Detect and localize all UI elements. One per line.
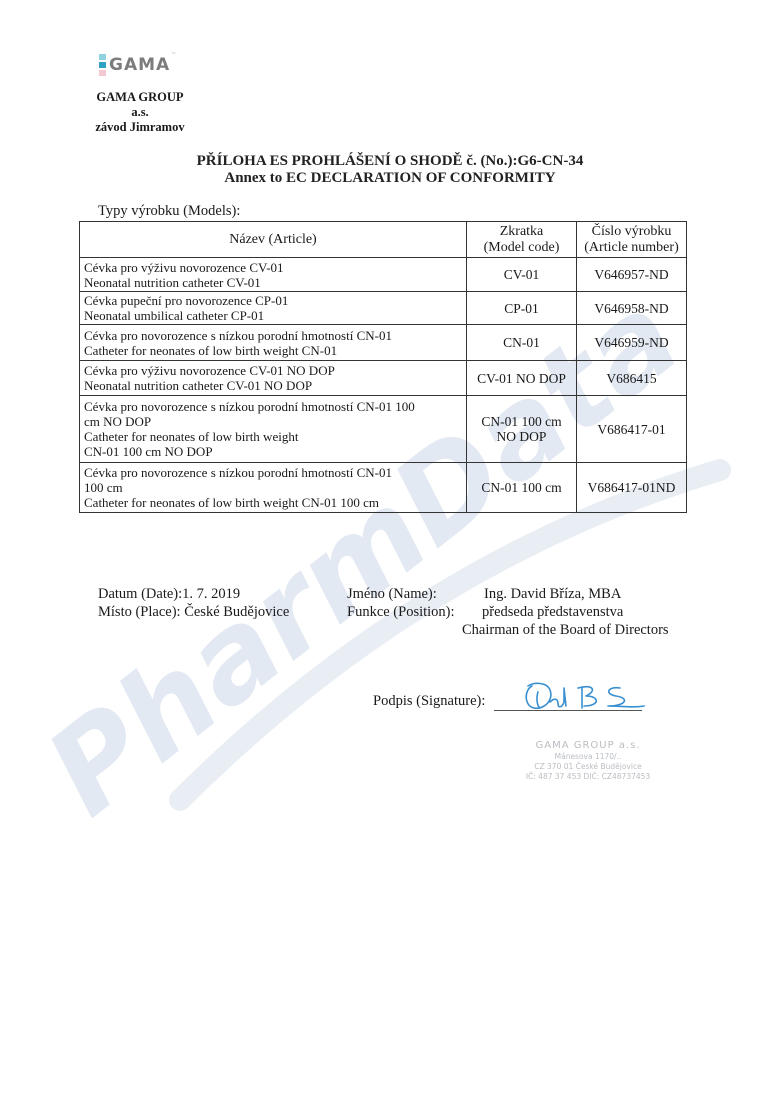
title-line-cz: PŘÍLOHA ES PROHLÁŠENÍ O SHODĚ č. (No.):G… [130, 153, 650, 170]
table-row: Cévka pro výživu novorozence CV-01Neonat… [80, 258, 687, 292]
date-label: Datum (Date): [98, 586, 182, 602]
article-number: V686417-01ND [577, 463, 687, 513]
article-name-line: Cévka pro výživu novorozence CV-01 NO DO… [84, 363, 462, 378]
name-label: Jméno (Name): [347, 585, 437, 603]
header-name: Název (Article) [80, 222, 467, 258]
title-line-en: Annex to EC DECLARATION OF CONFORMITY [130, 170, 650, 187]
header-number: Číslo výrobku (Article number) [577, 222, 687, 258]
document-title: PŘÍLOHA ES PROHLÁŠENÍ O SHODĚ č. (No.):G… [130, 153, 650, 187]
models-label: Typy výrobku (Models): [98, 203, 240, 220]
model-code-line: CP-01 [471, 301, 572, 316]
company-stamp: GAMA GROUP a.s. Mánesova 1170/.. CZ 370 … [508, 740, 668, 782]
article-name-line: Neonatal umbilical catheter CP-01 [84, 308, 462, 323]
model-code: CN-01 [467, 325, 577, 361]
place-field: Místo (Place): České Budějovice [98, 603, 289, 621]
article-name-line: Catheter for neonates of low birth weigh… [84, 495, 462, 510]
logo-text: GAMA [109, 55, 170, 75]
article-name-line: 100 cm [84, 480, 462, 495]
article-name-line: Cévka pro novorozence s nízkou porodní h… [84, 465, 462, 480]
model-code-line: CN-01 [471, 335, 572, 350]
logo-squares-icon [99, 54, 106, 76]
model-code: CP-01 [467, 292, 577, 325]
logo-square [99, 62, 106, 68]
article-name-line: Cévka pro výživu novorozence CV-01 [84, 260, 462, 275]
position-value-en: Chairman of the Board of Directors [462, 621, 669, 639]
logo-trademark: ™ [171, 52, 176, 58]
signature-label: Podpis (Signature): [373, 693, 485, 710]
model-code-line: NO DOP [471, 429, 572, 444]
stamp-line-1: GAMA GROUP a.s. [508, 740, 668, 752]
article-name-line: Neonatal nutrition catheter CV-01 NO DOP [84, 378, 462, 393]
handwritten-signature [520, 676, 660, 716]
place-value: České Budějovice [184, 604, 289, 620]
header-code-en: (Model code) [471, 240, 572, 256]
date-field: Datum (Date):1. 7. 2019 [98, 585, 240, 603]
article-name: Cévka pro novorozence s nízkou porodní h… [80, 396, 467, 463]
position-value-cz: předseda představenstva [482, 603, 623, 621]
company-block: GAMA GROUP a.s. závod Jimramov [80, 90, 200, 135]
stamp-line-2: Mánesova 1170/.. [508, 752, 668, 762]
table-header-row: Název (Article) Zkratka (Model code) Čís… [80, 222, 687, 258]
model-code: CV-01 [467, 258, 577, 292]
gama-logo: GAMA ™ [99, 52, 176, 78]
table-row: Cévka pro novorozence s nízkou porodní h… [80, 396, 687, 463]
company-legal-form: a.s. [80, 105, 200, 120]
article-name: Cévka pro novorozence s nízkou porodní h… [80, 325, 467, 361]
article-number: V646958-ND [577, 292, 687, 325]
company-name: GAMA GROUP [80, 90, 200, 105]
article-number: V686415 [577, 361, 687, 396]
table-row: Cévka pro novorozence s nízkou porodní h… [80, 325, 687, 361]
stamp-line-3: CZ 370 01 České Budějovice [508, 762, 668, 772]
article-number: V686417-01 [577, 396, 687, 463]
article-number: V646957-ND [577, 258, 687, 292]
model-code-line: CV-01 NO DOP [471, 371, 572, 386]
name-value: Ing. David Bříza, MBA [484, 585, 621, 603]
article-name: Cévka pupeční pro novorozence CP-01Neona… [80, 292, 467, 325]
position-label: Funkce (Position): [347, 603, 455, 621]
header-number-cz: Číslo výrobku [581, 224, 682, 240]
header-code-cz: Zkratka [471, 224, 572, 240]
date-value: 1. 7. 2019 [182, 586, 240, 602]
article-number: V646959-ND [577, 325, 687, 361]
model-code: CV-01 NO DOP [467, 361, 577, 396]
stamp-line-4: IČ: 487 37 453 DIČ: CZ48737453 [508, 772, 668, 782]
model-code-line: CV-01 [471, 267, 572, 282]
model-code: CN-01 100 cmNO DOP [467, 396, 577, 463]
table-row: Cévka pupeční pro novorozence CP-01Neona… [80, 292, 687, 325]
header-code: Zkratka (Model code) [467, 222, 577, 258]
article-name: Cévka pro výživu novorozence CV-01 NO DO… [80, 361, 467, 396]
article-name-line: Cévka pupeční pro novorozence CP-01 [84, 293, 462, 308]
model-code: CN-01 100 cm [467, 463, 577, 513]
article-name-line: cm NO DOP [84, 414, 462, 429]
model-code-line: CN-01 100 cm [471, 480, 572, 495]
article-name-line: Cévka pro novorozence s nízkou porodní h… [84, 399, 462, 414]
model-code-line: CN-01 100 cm [471, 414, 572, 429]
logo-square [99, 54, 106, 60]
article-name-line: CN-01 100 cm NO DOP [84, 444, 462, 459]
article-name-line: Neonatal nutrition catheter CV-01 [84, 275, 462, 290]
place-label: Místo (Place): [98, 604, 181, 620]
article-name-line: Cévka pro novorozence s nízkou porodní h… [84, 328, 462, 343]
article-name: Cévka pro výživu novorozence CV-01Neonat… [80, 258, 467, 292]
article-name-line: Catheter for neonates of low birth weigh… [84, 343, 462, 358]
table-row: Cévka pro novorozence s nízkou porodní h… [80, 463, 687, 513]
company-plant: závod Jimramov [80, 120, 200, 135]
header-number-en: (Article number) [581, 240, 682, 256]
logo-square [99, 70, 106, 76]
article-name-line: Catheter for neonates of low birth weigh… [84, 429, 462, 444]
models-table: Název (Article) Zkratka (Model code) Čís… [79, 221, 687, 513]
table-row: Cévka pro výživu novorozence CV-01 NO DO… [80, 361, 687, 396]
article-name: Cévka pro novorozence s nízkou porodní h… [80, 463, 467, 513]
